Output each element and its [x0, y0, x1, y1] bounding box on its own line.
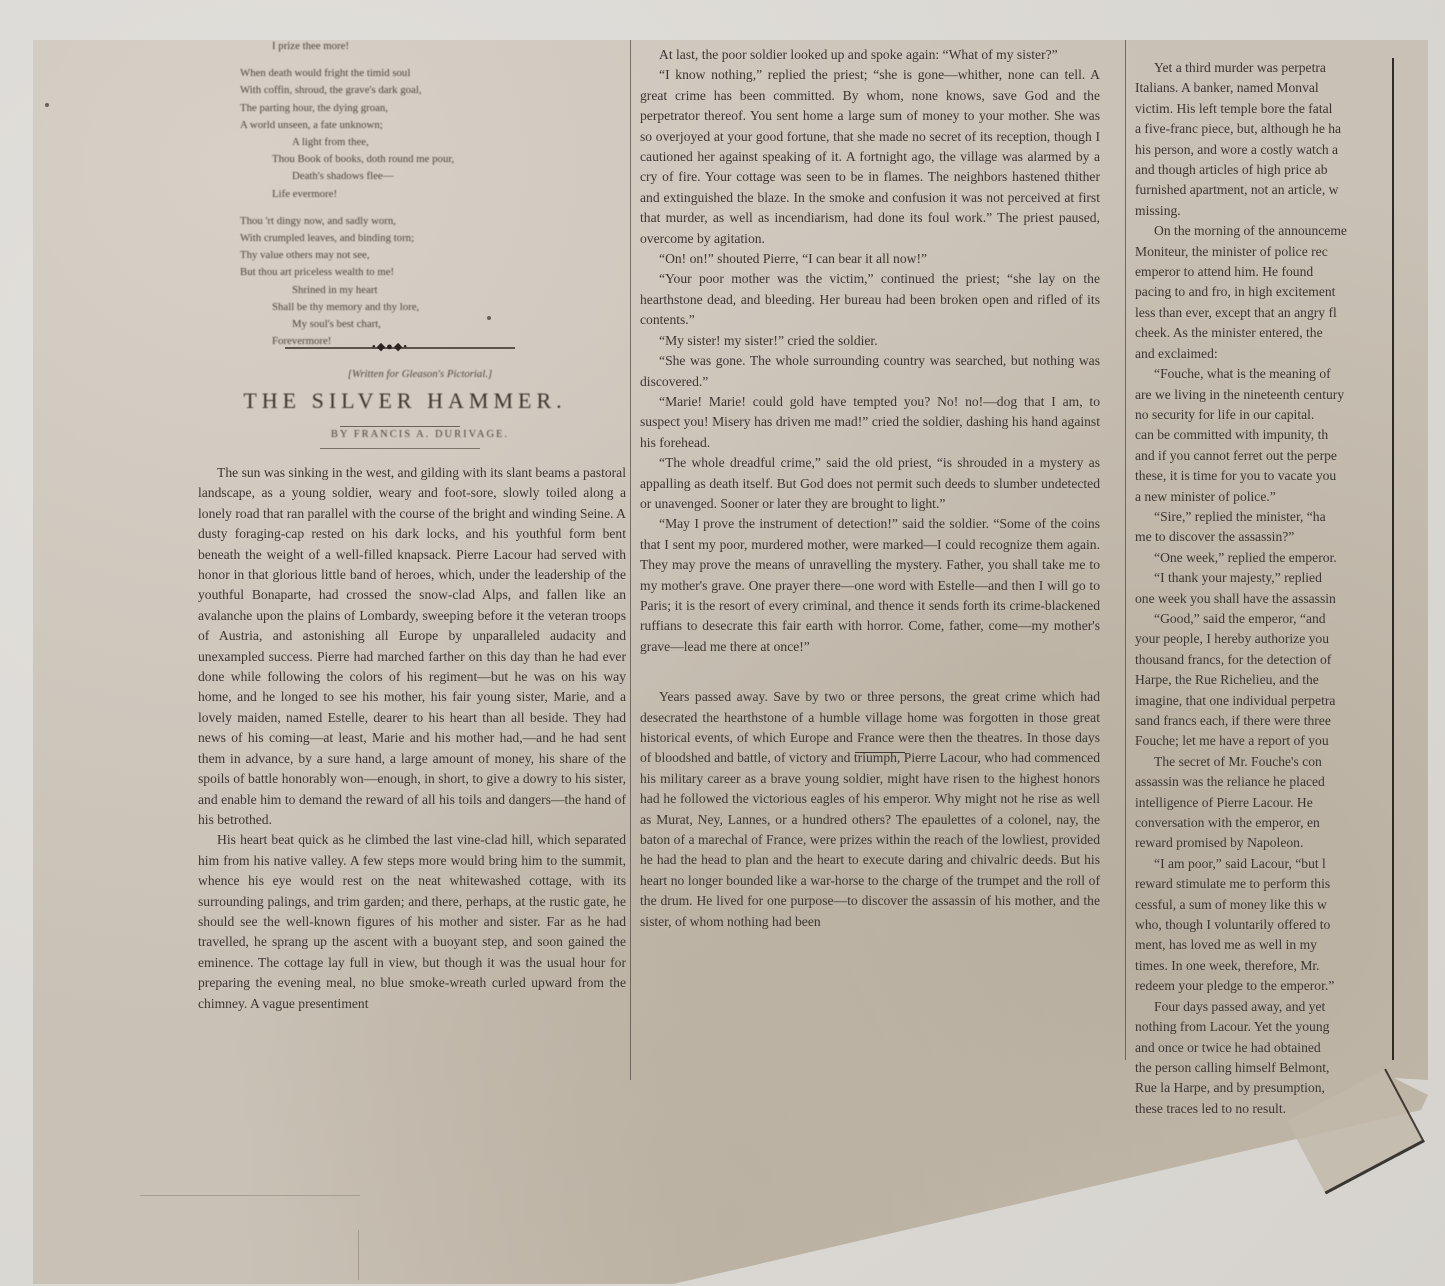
- story-credit: [Written for Gleason's Pictorial.]: [230, 368, 610, 380]
- text-line: and if you cannot ferret out the perpe: [1135, 446, 1385, 466]
- paragraph: “Marie! Marie! could gold have tempted y…: [640, 392, 1100, 453]
- poem-line: Death's shadows flee—: [240, 168, 540, 185]
- poem-line: Thy value others may not see,: [240, 247, 540, 264]
- poem-stanza: Thou 'rt dingy now, and sadly worn, With…: [240, 213, 540, 351]
- text-line: Harpe, the Rue Richelieu, and the: [1135, 670, 1385, 690]
- text-line: redeem your pledge to the emperor.”: [1135, 976, 1385, 996]
- left-column: The sun was sinking in the west, and gil…: [198, 463, 626, 1014]
- poem-line: The parting hour, the dying groan,: [240, 100, 540, 117]
- text-line: intelligence of Pierre Lacour. He: [1135, 793, 1385, 813]
- text-line: the person calling himself Belmont,: [1135, 1058, 1385, 1078]
- title-rule: [340, 426, 460, 427]
- paragraph: Years passed away. Save by two or three …: [640, 687, 1100, 932]
- poem-line: But thou art priceless wealth to me!: [240, 264, 540, 281]
- paper-crease: [140, 1195, 360, 1196]
- column-divider: [630, 40, 631, 1080]
- paragraph: At last, the poor soldier looked up and …: [640, 45, 1100, 65]
- paragraph: “I know nothing,” replied the priest; “s…: [640, 65, 1100, 249]
- text-line: who, though I voluntarily offered to: [1135, 915, 1385, 935]
- text-line: emperor to attend him. He found: [1135, 262, 1385, 282]
- page-edge: [1392, 58, 1394, 1060]
- poem-line: With crumpled leaves, and binding torn;: [240, 230, 540, 247]
- byline-rule: [320, 448, 480, 449]
- text-line: and though articles of high price ab: [1135, 160, 1385, 180]
- text-line: Yet a third murder was perpetra: [1135, 58, 1385, 78]
- text-line: “I thank your majesty,” replied: [1135, 568, 1385, 588]
- text-line: sand francs each, if there were three: [1135, 711, 1385, 731]
- paragraph: The sun was sinking in the west, and gil…: [198, 463, 626, 830]
- text-line: furnished apartment, not an article, w: [1135, 180, 1385, 200]
- poem-line: A light from thee,: [240, 134, 540, 151]
- text-line: ment, has loved me as well in my: [1135, 935, 1385, 955]
- poem-line: Thou Book of books, doth round me pour,: [240, 151, 540, 168]
- poem-line: With coffin, shroud, the grave's dark go…: [240, 82, 540, 99]
- poem-stanza: When death would fright the timid soul W…: [240, 65, 540, 203]
- text-line: less than ever, except that an angry fl: [1135, 303, 1385, 323]
- story-title: THE SILVER HAMMER.: [195, 388, 615, 414]
- text-line: and exclaimed:: [1135, 344, 1385, 364]
- text-line: pacing to and fro, in high excitement: [1135, 282, 1385, 302]
- text-line: times. In one week, therefore, Mr.: [1135, 956, 1385, 976]
- poem-line: Shrined in my heart: [240, 282, 540, 299]
- text-line: missing.: [1135, 201, 1385, 221]
- text-line: Italians. A banker, named Monval: [1135, 78, 1385, 98]
- middle-column: At last, the poor soldier looked up and …: [640, 45, 1100, 932]
- text-line: “Fouche, what is the meaning of: [1135, 364, 1385, 384]
- text-line: “One week,” replied the emperor.: [1135, 548, 1385, 568]
- poem-stanza: I prize thee more!: [240, 38, 540, 55]
- paragraph: “The whole dreadful crime,” said the old…: [640, 453, 1100, 514]
- poem-line: Shall be thy memory and thy lore,: [240, 299, 540, 316]
- text-line: victim. His left temple bore the fatal: [1135, 99, 1385, 119]
- text-line: “I am poor,” said Lacour, “but l: [1135, 854, 1385, 874]
- text-line: imagine, that one individual perpetra: [1135, 691, 1385, 711]
- text-line: these, it is time for you to vacate you: [1135, 466, 1385, 486]
- poem-line: I prize thee more!: [240, 38, 540, 55]
- poem-line: Thou 'rt dingy now, and sadly worn,: [240, 213, 540, 230]
- text-line: thousand francs, for the detection of: [1135, 650, 1385, 670]
- text-line: a five-franc piece, but, although he ha: [1135, 119, 1385, 139]
- text-line: and once or twice he had obtained: [1135, 1038, 1385, 1058]
- text-line: Four days passed away, and yet: [1135, 997, 1385, 1017]
- paragraph: “She was gone. The whole surrounding cou…: [640, 351, 1100, 392]
- text-line: Rue la Harpe, and by presumption,: [1135, 1078, 1385, 1098]
- text-line: can be committed with impunity, th: [1135, 425, 1385, 445]
- text-line: cheek. As the minister entered, the: [1135, 323, 1385, 343]
- text-line: reward promised by Napoleon.: [1135, 833, 1385, 853]
- column-divider: [1125, 40, 1126, 1060]
- text-line: “Sire,” replied the minister, “ha: [1135, 507, 1385, 527]
- section-break-rule: [855, 752, 905, 753]
- paragraph: “On! on!” shouted Pierre, “I can bear it…: [640, 249, 1100, 269]
- ink-speck: [45, 103, 49, 107]
- paragraph: “Your poor mother was the victim,” conti…: [640, 269, 1100, 330]
- right-column: Yet a third murder was perpetra Italians…: [1135, 58, 1385, 1119]
- text-line: “Good,” said the emperor, “and: [1135, 609, 1385, 629]
- text-line: nothing from Lacour. Yet the young: [1135, 1017, 1385, 1037]
- text-line: me to discover the assassin?”: [1135, 527, 1385, 547]
- paragraph: “May I prove the instrument of detection…: [640, 514, 1100, 657]
- poem-line: Life evermore!: [240, 186, 540, 203]
- text-line: these traces led to no result.: [1135, 1099, 1385, 1119]
- text-line: no security for life in our capital.: [1135, 405, 1385, 425]
- text-line: The secret of Mr. Fouche's con: [1135, 752, 1385, 772]
- text-line: assassin was the reliance he placed: [1135, 772, 1385, 792]
- text-line: are we living in the nineteenth century: [1135, 385, 1385, 405]
- poem-line: When death would fright the timid soul: [240, 65, 540, 82]
- text-line: Fouche; let me have a report of you: [1135, 731, 1385, 751]
- text-line: his person, and wore a costly watch a: [1135, 140, 1385, 160]
- paragraph: “My sister! my sister!” cried the soldie…: [640, 331, 1100, 351]
- ornament-icon: •◆●◆•: [370, 343, 410, 351]
- text-line: reward stimulate me to perform this: [1135, 874, 1385, 894]
- poem-line: A world unseen, a fate unknown;: [240, 117, 540, 134]
- story-byline: BY FRANCIS A. DURIVAGE.: [230, 429, 610, 440]
- text-line: conversation with the emperor, en: [1135, 813, 1385, 833]
- text-line: one week you shall have the assassin: [1135, 589, 1385, 609]
- text-line: a new minister of police.”: [1135, 487, 1385, 507]
- poem-line: My soul's best chart,: [240, 316, 540, 333]
- text-line: cessful, a sum of money like this w: [1135, 895, 1385, 915]
- text-line: On the morning of the announceme: [1135, 221, 1385, 241]
- paper-crease: [358, 1230, 359, 1280]
- text-line: your people, I hereby authorize you: [1135, 629, 1385, 649]
- paragraph: His heart beat quick as he climbed the l…: [198, 830, 626, 1014]
- poem: I prize thee more! When death would frig…: [240, 38, 540, 360]
- text-line: Moniteur, the minister of police rec: [1135, 242, 1385, 262]
